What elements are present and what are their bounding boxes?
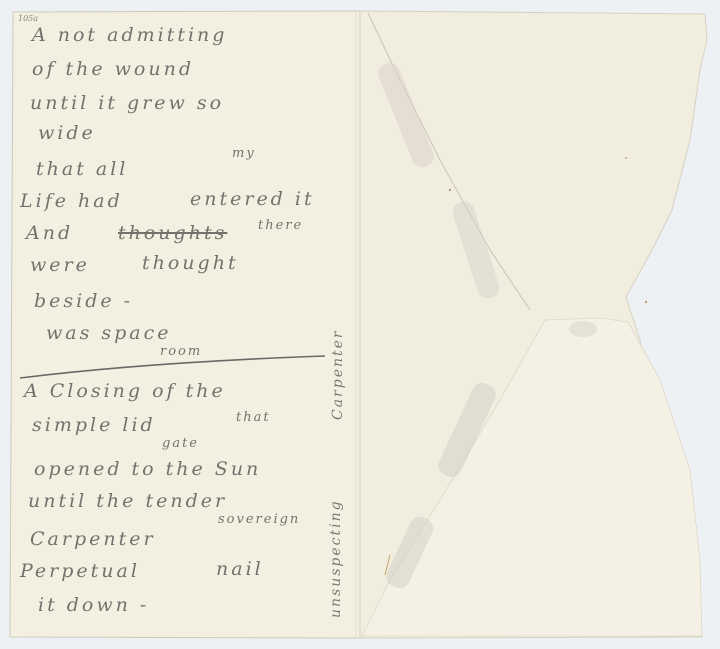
poem-line: simple lid bbox=[32, 414, 156, 436]
poem-line: until it grew so bbox=[30, 92, 224, 114]
poem-line: it down - bbox=[38, 594, 149, 616]
margin-note-vertical: unsuspecting bbox=[328, 499, 344, 618]
poem-line: until the tender bbox=[28, 490, 227, 512]
catalog-number: 105a bbox=[18, 14, 38, 23]
poem-insert: there bbox=[258, 218, 303, 233]
poem-line: A Closing of the bbox=[24, 380, 226, 402]
poem-line: wide bbox=[38, 122, 96, 144]
poem-insert: my bbox=[232, 146, 256, 161]
poem-line: Perpetual bbox=[20, 560, 140, 582]
poem-line: of the wound bbox=[32, 58, 194, 80]
poem-line-tail: nail bbox=[216, 558, 264, 580]
struck-word: thoughts bbox=[118, 222, 227, 244]
poem-line: was space bbox=[46, 322, 172, 344]
poem-line: beside - bbox=[34, 290, 133, 312]
poem-line: were bbox=[30, 254, 90, 276]
poem-line-tail: thought bbox=[142, 252, 239, 274]
poem-line: And bbox=[26, 222, 73, 244]
poem-line: opened to the Sun bbox=[34, 458, 261, 480]
poem-alternate: sovereign bbox=[218, 512, 300, 527]
poem-line: Carpenter bbox=[30, 528, 156, 550]
poem-line: A not admitting bbox=[32, 24, 227, 46]
poem-line: Life had bbox=[20, 190, 123, 212]
poem-alternate: gate bbox=[162, 436, 199, 451]
poem-alternate: room bbox=[160, 344, 202, 359]
manuscript-scan: 105a A not admitting of the wound until … bbox=[0, 0, 720, 649]
margin-note-vertical: Carpenter bbox=[330, 329, 346, 420]
poem-insert: that bbox=[236, 410, 271, 425]
poem-line-tail: entered it bbox=[190, 188, 315, 210]
poem-line: that all bbox=[36, 158, 128, 180]
